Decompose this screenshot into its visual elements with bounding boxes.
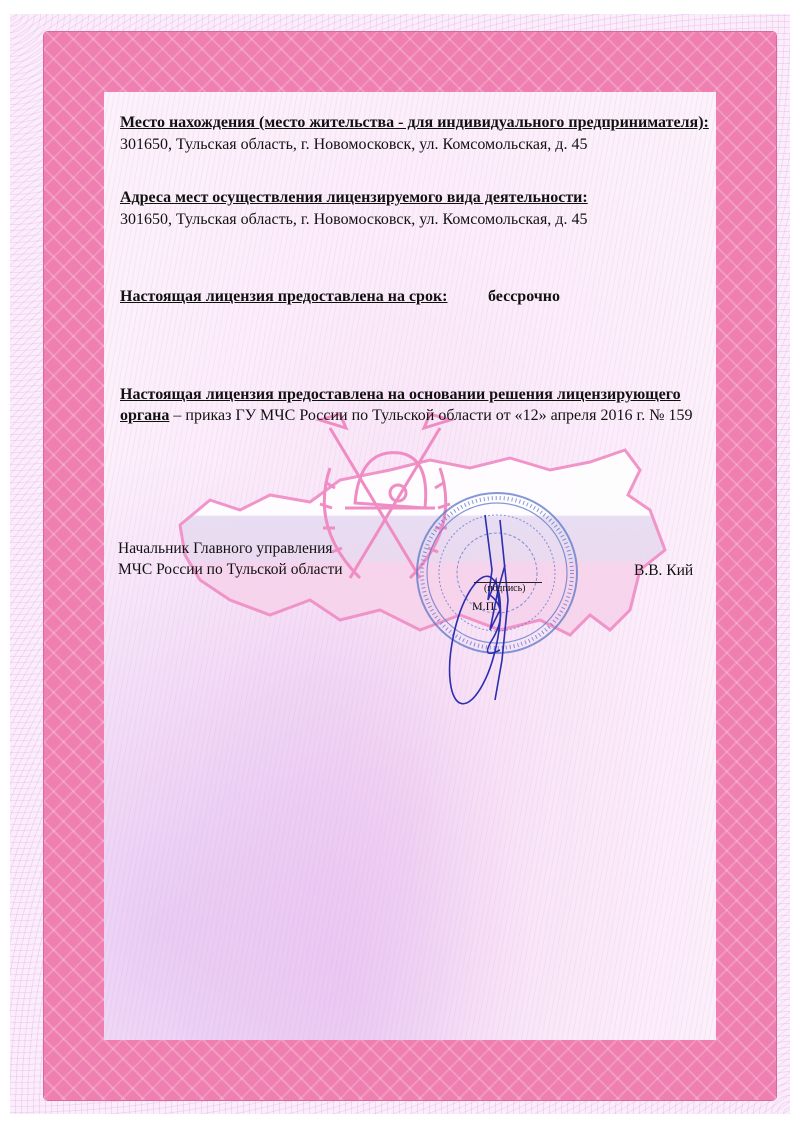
- license-basis-line: органа – приказ ГУ МЧС России по Тульско…: [120, 405, 693, 427]
- seal-label: М.П.: [472, 598, 497, 614]
- activity-address-value: 301650, Тульская область, г. Новомосковс…: [120, 209, 587, 231]
- location-heading: Место нахождения (место жительства - для…: [120, 112, 709, 134]
- license-term-heading: Настоящая лицензия предоставлена на срок…: [120, 286, 448, 308]
- license-basis-heading-cont: органа: [120, 407, 169, 424]
- signatory-name: В.В. Кий: [634, 560, 693, 582]
- license-basis-heading: Настоящая лицензия предоставлена на осно…: [120, 384, 681, 406]
- activity-address-heading: Адреса мест осуществления лицензируемого…: [120, 187, 588, 209]
- license-term-value: бессрочно: [488, 286, 560, 308]
- signatory-title-line2: МЧС России по Тульской области: [118, 559, 343, 581]
- license-basis-text: – приказ ГУ МЧС России по Тульской облас…: [169, 407, 692, 424]
- signatory-title-line1: Начальник Главного управления: [118, 538, 333, 560]
- location-value: 301650, Тульская область, г. Новомосковс…: [120, 134, 587, 156]
- signature-caption: (подпись): [484, 582, 526, 596]
